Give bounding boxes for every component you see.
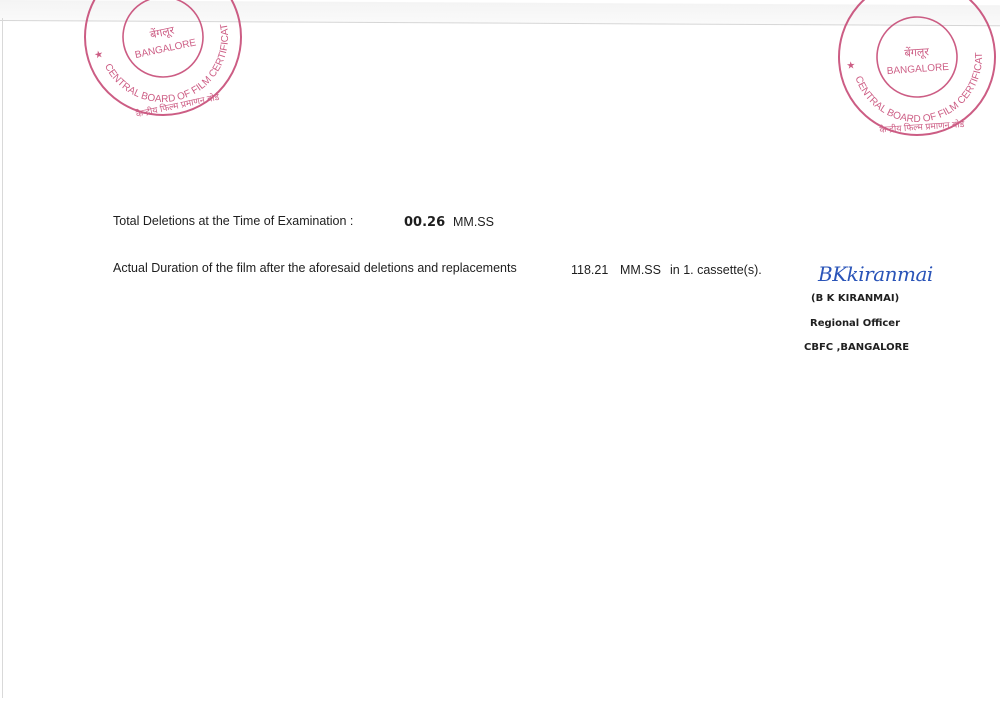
cbfc-stamp-right: CENTRAL BOARD OF FILM CERTIFICATION बेंग…: [826, 0, 1000, 148]
deletions-unit: MM.SS: [453, 215, 494, 229]
stamp-hindi-city: बेंगलूर: [904, 45, 930, 61]
stamp-hindi-city: बेंगलूर: [149, 24, 176, 43]
deletions-label: Total Deletions at the Time of Examinati…: [113, 214, 353, 228]
officer-title: Regional Officer: [810, 318, 900, 329]
stamp-english-city: BANGALORE: [134, 37, 197, 61]
stamp-english-city: BANGALORE: [886, 62, 949, 77]
cassette-count: in 1. cassette(s).: [670, 263, 762, 277]
stamp-star-icon: ★: [93, 49, 104, 62]
duration-value: 118.21: [571, 263, 608, 277]
duration-unit: MM.SS: [620, 263, 661, 277]
scan-left-edge: [2, 18, 3, 698]
stamp-star-icon: ★: [846, 60, 856, 72]
officer-office: CBFC ,BANGALORE: [804, 342, 909, 353]
duration-label: Actual Duration of the film after the af…: [113, 261, 517, 275]
deletions-value: 00.26: [404, 215, 445, 230]
cbfc-stamp-left: CENTRAL BOARD OF FILM CERTIFICATION बेंग…: [62, 0, 264, 138]
officer-name: (B K KIRANMAI): [811, 293, 899, 304]
officer-signature: BKkiranmai: [818, 262, 933, 286]
